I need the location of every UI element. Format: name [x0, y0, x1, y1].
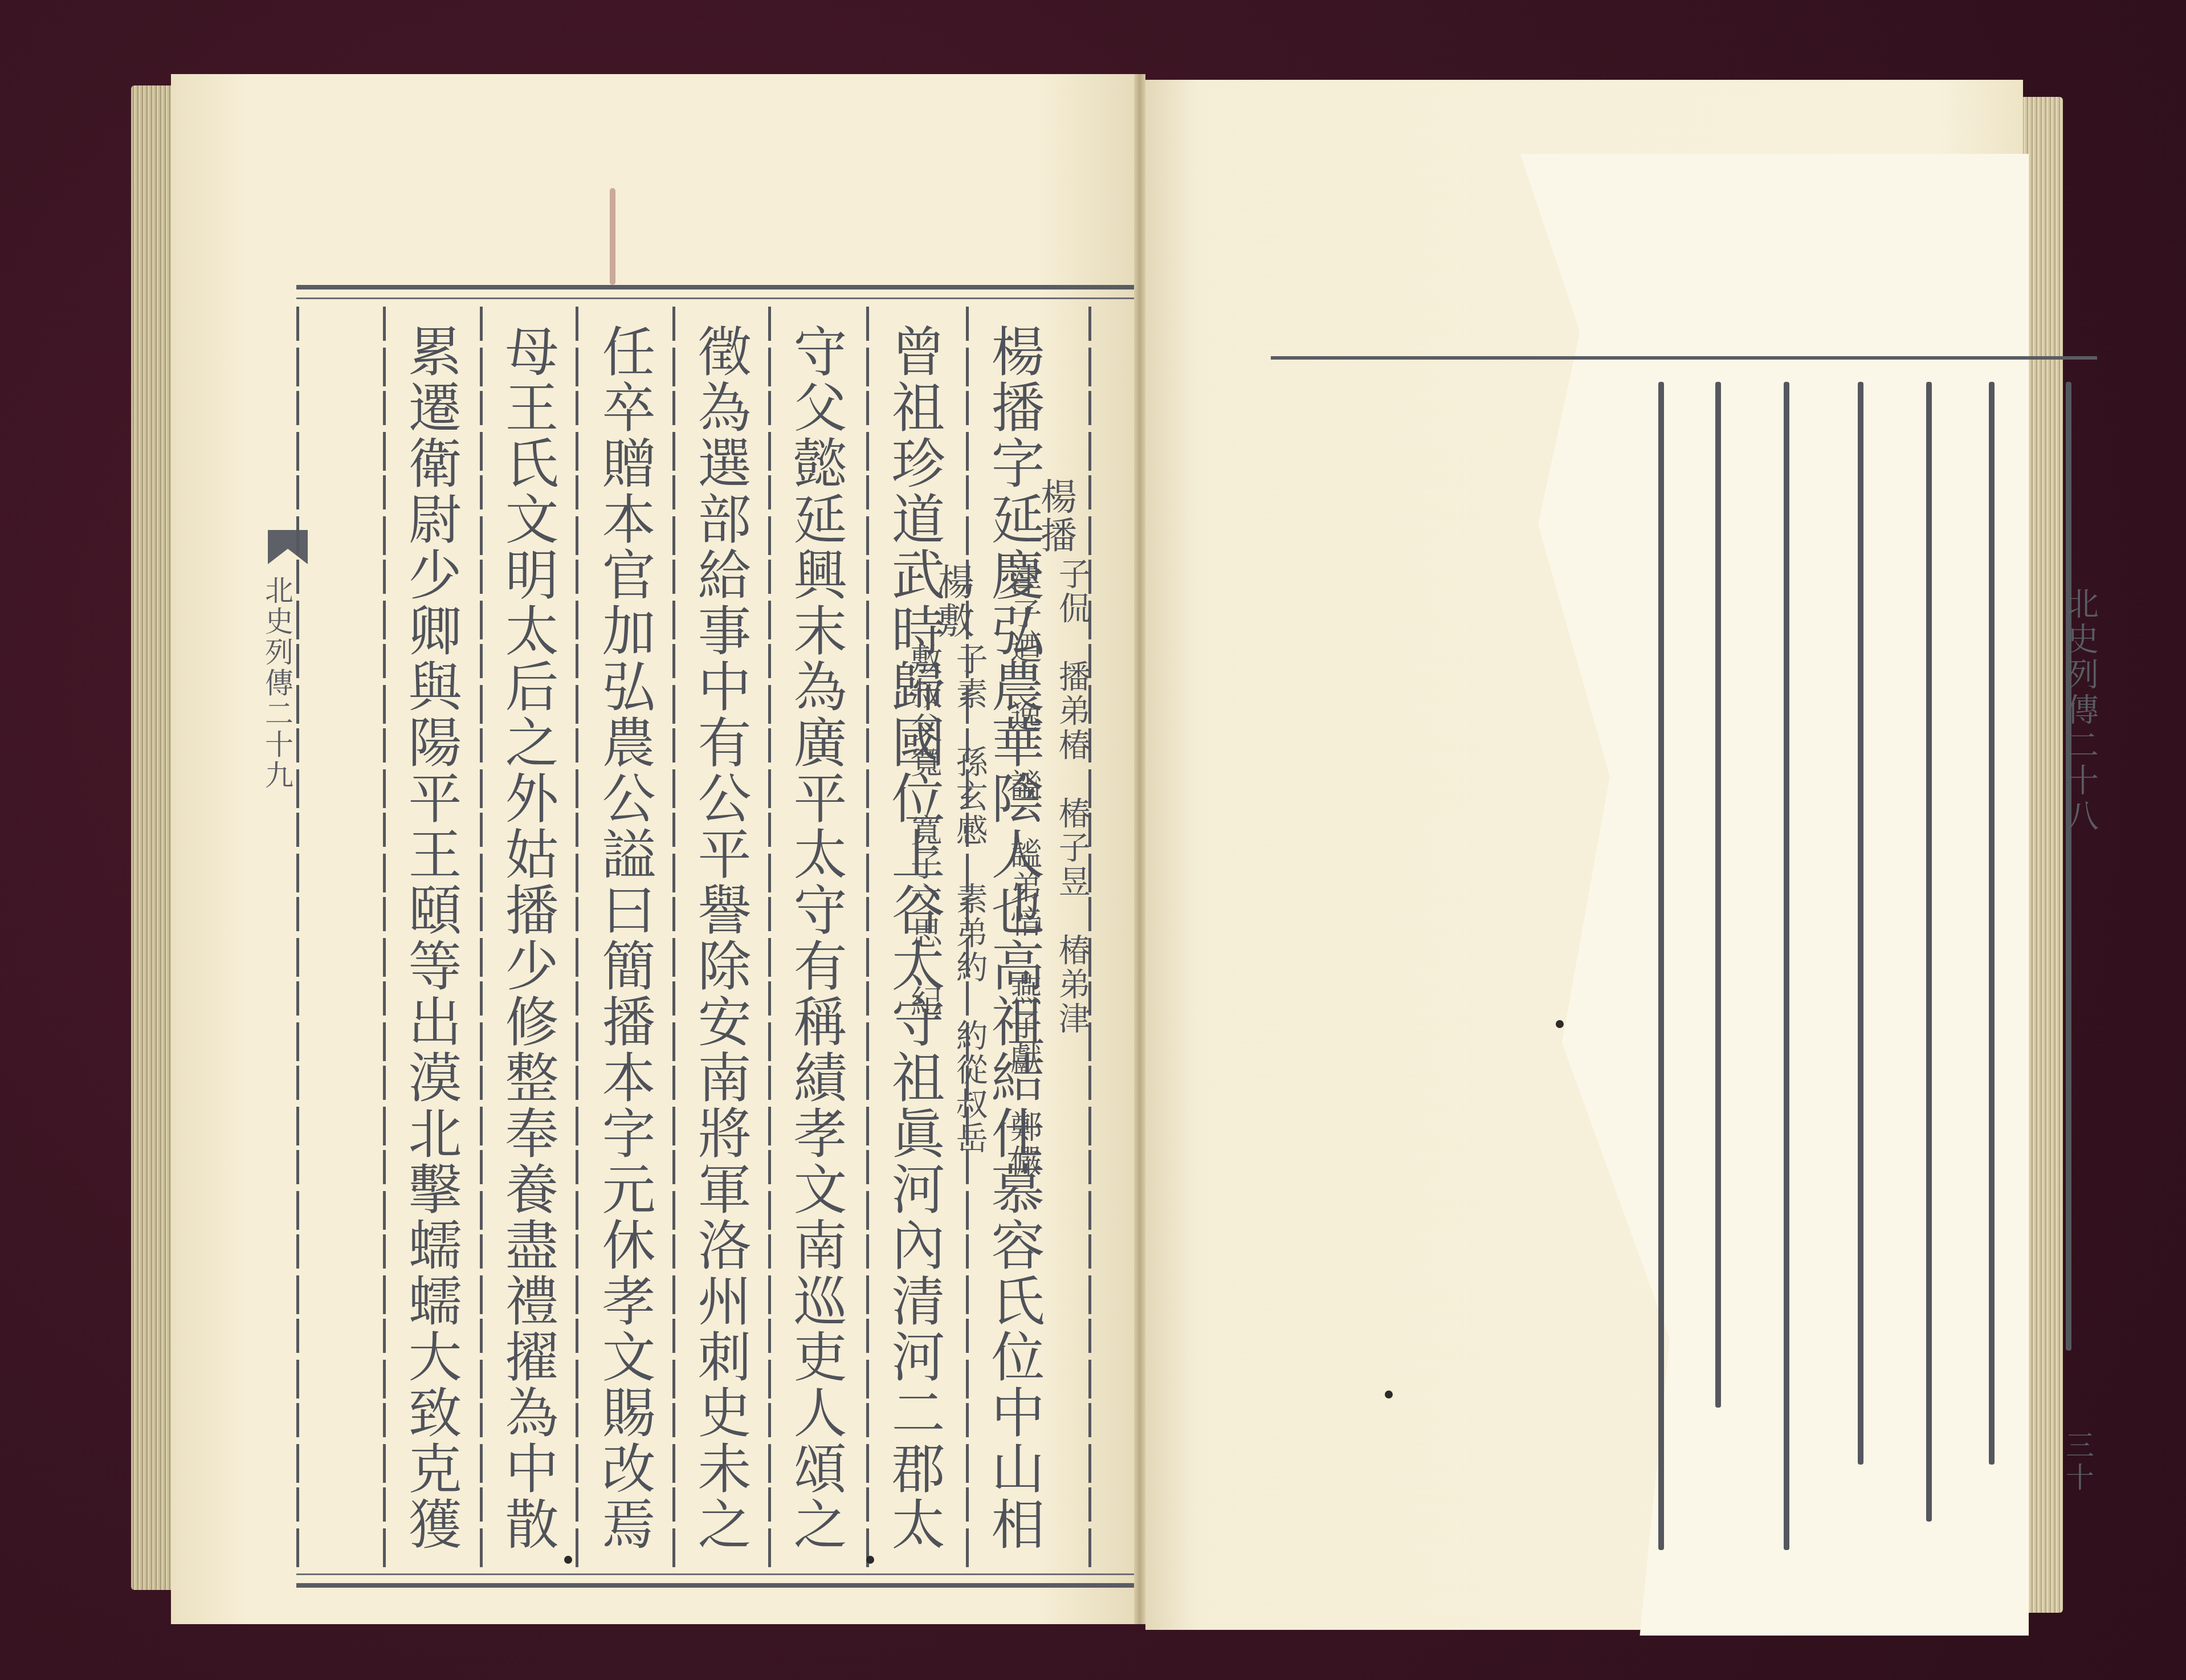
- note: 敷叔父寬: [906, 643, 943, 780]
- note: 子侃: [1054, 557, 1091, 626]
- text-column-6: 母王氏文明太后之外姑播少修整奉養盡禮擢為中散: [500, 324, 553, 1552]
- binding-hole: [1556, 1020, 1564, 1028]
- column-rule: [672, 307, 675, 1572]
- binding-hole: [866, 1556, 874, 1564]
- note: 鄭儼: [1005, 1110, 1042, 1179]
- note: 孫玄感: [951, 745, 988, 848]
- binding-hole: [564, 1556, 572, 1564]
- note: 謐弟愔: [1005, 837, 1042, 939]
- column-rule: [1658, 382, 1664, 1550]
- column-rule: [1989, 382, 1995, 1465]
- text-column-3: 守父懿延興末為廣平太守有稱績孝文南巡吏人頌之: [788, 324, 842, 1552]
- left-margin-label: 北史列傳二十九: [256, 576, 297, 791]
- column-rule: [296, 307, 299, 1572]
- column-rule: [1926, 382, 1932, 1522]
- right-page-number: 三十: [2057, 1430, 2098, 1494]
- binding-hole: [1385, 1391, 1393, 1398]
- column-rule: [576, 307, 578, 1572]
- column-rule: [768, 307, 771, 1572]
- text-column-5: 任卒贈本官加弘農公謚曰簡播本字元休孝文賜改焉: [597, 324, 650, 1552]
- right-page-frame-top: [1271, 356, 2097, 360]
- note: 子素: [951, 643, 988, 711]
- header-name-yang-bo: 楊播: [1037, 478, 1074, 555]
- column-rule: [383, 307, 386, 1572]
- left-page-edge-stack: [131, 85, 171, 1590]
- note: 素弟約: [951, 882, 988, 985]
- binding-thread-mark: [610, 188, 615, 285]
- text-column-4: 徵為選部給事中有公平譽除安南將軍洛州刺史未之: [692, 324, 746, 1552]
- column-rule: [1784, 382, 1789, 1550]
- left-page: 北史列傳二十九 楊播字延慶弘農華陰人也高祖結仕慕容氏位中山相 曾祖珍道武時歸國位…: [171, 74, 1134, 1624]
- column-rule: [866, 307, 869, 1572]
- note: 椿子昱: [1054, 797, 1091, 899]
- header-notes-line-2: 津子逎 逸 謐 謐弟愔 燕子獻 鄭儼: [994, 563, 1052, 1179]
- note: 寬子文思: [906, 814, 943, 951]
- note: 津子逎: [1005, 563, 1042, 666]
- printed-frame: 楊播字延慶弘農華陰人也高祖結仕慕容氏位中山相 曾祖珍道武時歸國位上谷太守祖眞河內…: [296, 285, 1185, 1588]
- open-book: 北史列傳二十九 楊播字延慶弘農華陰人也高祖結仕慕容氏位中山相 曾祖珍道武時歸國位…: [131, 74, 2063, 1636]
- note: 紀: [906, 985, 943, 1019]
- note: 約從叔岳: [951, 1019, 988, 1156]
- book-gutter: [1134, 74, 1145, 1624]
- note: 謐: [1005, 768, 1042, 802]
- header-notes-line-4: 敷叔父寬 寬子文思 紀: [895, 643, 952, 1019]
- note: 燕子獻: [1005, 973, 1042, 1076]
- column-rule: [2066, 382, 2071, 1351]
- note: 播弟椿: [1054, 660, 1091, 762]
- column-rule: [480, 307, 483, 1572]
- column-rule: [1858, 382, 1863, 1465]
- note: 逸: [1005, 700, 1042, 734]
- column-rule: [1715, 382, 1721, 1408]
- right-margin-label: 北史列傳二十八: [2057, 587, 2103, 834]
- header-name-yang-fu: 楊敷: [935, 563, 971, 641]
- text-column-7: 累遷衛尉少卿與陽平王頤等出漠北擊蠕蠕大致克獲: [403, 324, 456, 1552]
- note: 椿弟津: [1054, 933, 1091, 1036]
